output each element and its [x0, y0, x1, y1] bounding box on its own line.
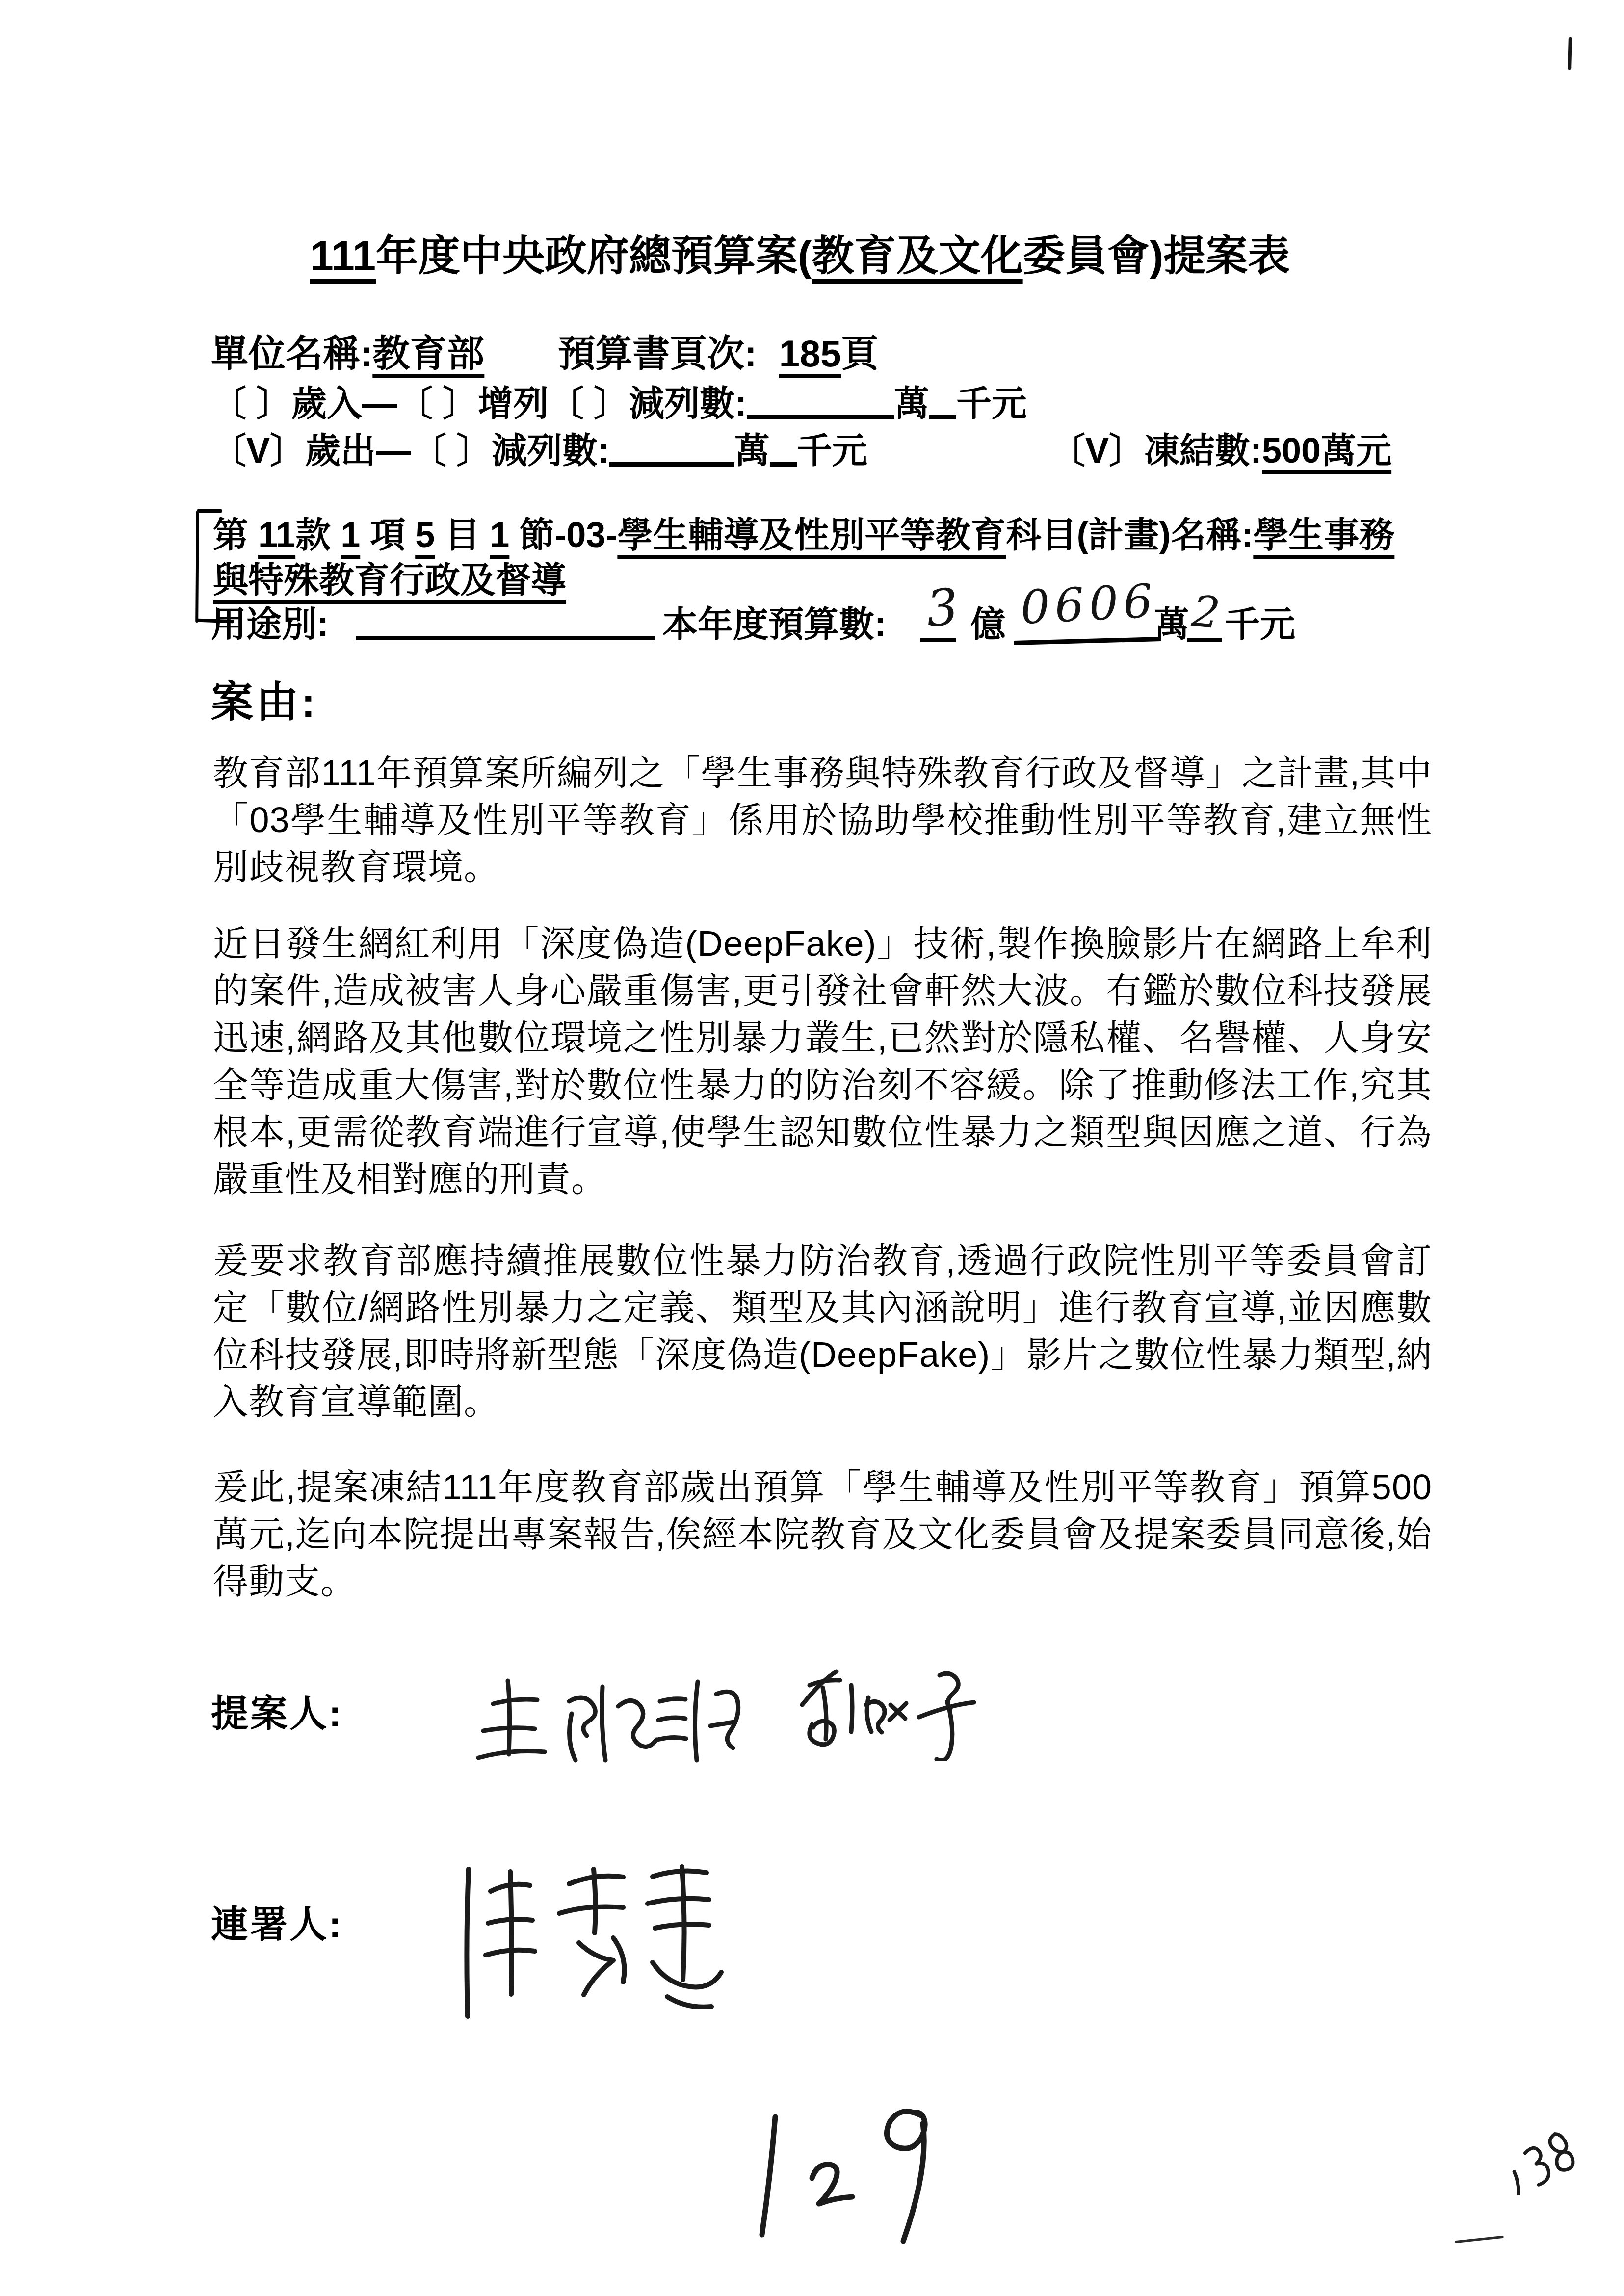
expense-unit-qian: 千元 [797, 431, 867, 470]
freeze-value: 500萬元 [1262, 431, 1391, 470]
revenue-unit-qian: 千元 [956, 384, 1027, 423]
document-page: 111年度中央政府總預算案(教育及文化委員會)提案表 單位名稱:教育部預算書頁次… [0, 0, 1624, 2296]
clause-bracket-vertical [195, 511, 199, 623]
handwritten-wan-digits: 0606 [1019, 574, 1159, 635]
unit-name-label: 單位名稱: [211, 333, 372, 375]
revenue-row: 〔 〕歲入—〔 〕增列〔 〕減列數:萬千元 [211, 375, 1027, 426]
title-year: 111 [310, 233, 376, 280]
revenue-amount-blank [747, 380, 894, 419]
handwritten-qian-digit: 2 [1190, 585, 1222, 638]
cosigner-label: 連署人: [211, 1895, 343, 1948]
budget-page-suffix: 頁 [841, 333, 878, 375]
unit-line: 單位名稱:教育部預算書頁次:185頁 [211, 324, 878, 377]
item-name-wrap-row: 與特殊教育行政及督導 [213, 551, 566, 602]
unit-name-value: 教育部 [372, 333, 484, 375]
signature-chen-hsiu-pao [437, 1850, 751, 2056]
signature-kao-hung-an [792, 1658, 979, 1761]
hw-qian-underline [1187, 638, 1222, 642]
hw-wan-underline [1014, 637, 1161, 645]
item-jie-no: 1 [490, 516, 509, 555]
item-xiang-no: 1 [341, 516, 360, 555]
item-jie: 節-03- [509, 516, 617, 555]
page-number-large [738, 2095, 979, 2252]
item-name-part1: 學生事務 [1253, 516, 1394, 555]
item-di: 第 [213, 516, 258, 555]
expense-qian-blank [770, 427, 797, 467]
unit-qian: 千元 [1225, 596, 1295, 647]
freeze-group: 〔V〕凍結數:500萬元 [1050, 422, 1391, 473]
hw-yi-underline [920, 638, 956, 642]
budget-amount-label: 本年度預算數: [662, 596, 886, 647]
scan-tick-mark [1568, 37, 1572, 70]
item-kuan-no: 11 [258, 516, 295, 555]
scan-dash-mark [1455, 2236, 1504, 2243]
expense-prefix: 〔V〕歲出—〔 〕減列數: [211, 431, 609, 470]
page-number-corner [1501, 2127, 1580, 2195]
budget-page-value: 185 [779, 333, 841, 375]
item-mu-no: 5 [415, 516, 435, 555]
case-reason-label: 案由: [211, 668, 318, 729]
title-segment-a: 年度中央政府總預算案( [376, 233, 812, 280]
signature-wang-wan-yu [471, 1667, 746, 1785]
usage-label: 用途別: [211, 596, 329, 647]
paragraph-2: 近日發生網紅利用「深度偽造(DeepFake)」技術,製作換臉影片在網路上牟利的… [213, 920, 1432, 1203]
revenue-prefix: 〔 〕歲入—〔 〕增列〔 〕減列數: [211, 384, 747, 423]
item-name-part2: 與特殊教育行政及督導 [213, 561, 566, 600]
paragraph-3: 爰要求教育部應持續推展數位性暴力防治教育,透過行政院性別平等委員會訂定「數位/網… [213, 1237, 1432, 1426]
usage-blank [356, 636, 655, 640]
item-name-label: 科目(計畫)名稱: [1006, 516, 1253, 555]
expense-unit-wan: 萬 [734, 431, 770, 470]
item-mu: 目 [435, 516, 490, 555]
expense-row: 〔V〕歲出—〔 〕減列數:萬千元 [211, 422, 867, 473]
revenue-unit-wan: 萬 [894, 384, 929, 423]
item-kuan: 款 [295, 516, 341, 555]
handwritten-yi-digit: 3 [924, 577, 961, 638]
item-xiang: 項 [360, 516, 415, 555]
page-title: 111年度中央政府總預算案(教育及文化委員會)提案表 [310, 222, 1290, 283]
budget-page-label: 預算書頁次: [558, 333, 757, 375]
unit-yi: 億 [970, 596, 1006, 647]
item-clause-row: 第 11款 1 項 5 目 1 節-03-學生輔導及性別平等教育科目(計畫)名稱… [213, 506, 1394, 557]
title-committee: 教育及文化 [812, 233, 1023, 280]
item-subject: 學生輔導及性別平等教育 [617, 516, 1006, 555]
paragraph-1: 教育部111年預算案所編列之「學生事務與特殊教育行政及督導」之計畫,其中「03學… [213, 750, 1432, 891]
proposer-label: 提案人: [211, 1684, 343, 1737]
revenue-qian-blank [929, 380, 956, 419]
paragraph-4: 爰此,提案凍結111年度教育部歲出預算「學生輔導及性別平等教育」預算500萬元,… [213, 1464, 1432, 1605]
freeze-label: 〔V〕凍結數: [1050, 431, 1262, 470]
expense-amount-blank [609, 427, 734, 467]
title-segment-b: 委員會)提案表 [1023, 233, 1290, 280]
